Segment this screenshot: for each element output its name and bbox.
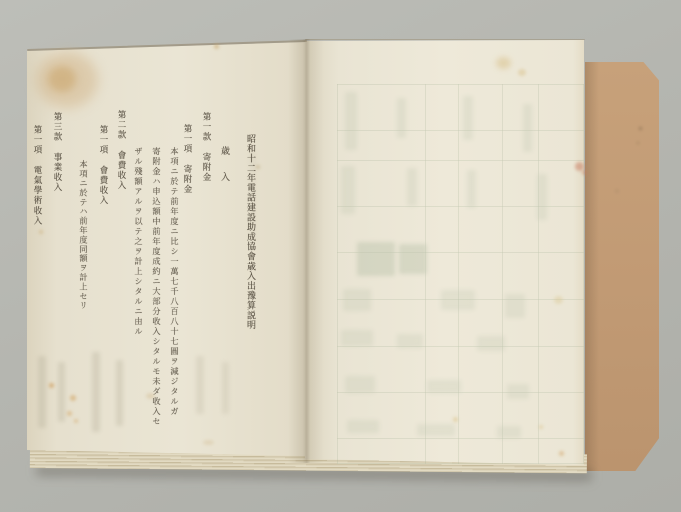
foxing-spot (214, 44, 219, 49)
showthrough-smudge (58, 362, 65, 422)
cover-speck (639, 127, 642, 130)
showthrough-smudge (92, 352, 100, 432)
gutter-shadow (288, 39, 324, 463)
budget-item-column: 第三款 事業收入 (51, 112, 63, 193)
foxing-spot (518, 69, 526, 76)
cover-speck (616, 190, 618, 192)
paragraph-column: ザル殘額アルヲ以テ之ヲ計上シタルニ由ル (134, 147, 145, 337)
page-title-column: 昭和十二年電話建設助成協會歳入出豫算説明 (244, 134, 257, 330)
revenue-section-heading: 歳 入 (218, 146, 231, 185)
showthrough-smudge (196, 356, 204, 414)
showthrough-smudge (116, 360, 123, 426)
budget-item-column: 第一項 寄附金 (181, 124, 193, 195)
top-edge-line (305, 39, 585, 40)
paragraph-column: 寄附金ハ申込額中前年度成約ニ大部分收入シタルモ未ダ收入セ (152, 147, 163, 427)
foxing-spot (70, 395, 76, 401)
budget-item-column: 第一項 電氣學術收入 (31, 125, 43, 226)
foxing-spot (203, 440, 214, 445)
foxing-spot (49, 383, 54, 388)
foxing-stain (496, 57, 511, 69)
showthrough-smudge (38, 356, 46, 428)
foxing-spot (39, 230, 43, 234)
budget-item-column: 第一項 會費收入 (97, 125, 109, 206)
foxing-spot (453, 417, 458, 422)
photographed-book-spread: 昭和十二年電話建設助成協會歳入出豫算説明 歳 入 第一款 寄附金 第一項 寄附金… (0, 0, 681, 512)
foxing-stain (48, 66, 76, 92)
foxing-spot (67, 411, 72, 416)
cover-speck (637, 142, 639, 144)
tan-cover-sheet (585, 62, 659, 471)
foxing-spot (582, 170, 587, 175)
foxing-spot (74, 419, 78, 423)
foxing-spot (559, 451, 564, 456)
showthrough-table (337, 84, 584, 464)
budget-item-column: 第二款 會費收入 (115, 110, 127, 191)
budget-item-column: 第一款 寄附金 (200, 112, 212, 183)
showthrough-smudge (222, 362, 229, 414)
paragraph-column: 本項ニ於テハ前年度同額ヲ計上セリ (79, 160, 90, 310)
foxing-spot (554, 296, 563, 304)
foxing-spot (539, 425, 543, 429)
paragraph-column: 本項ニ於テ前年度ニ比シ一萬七千八百八十七圓ヲ減ジタルガ (170, 147, 181, 417)
